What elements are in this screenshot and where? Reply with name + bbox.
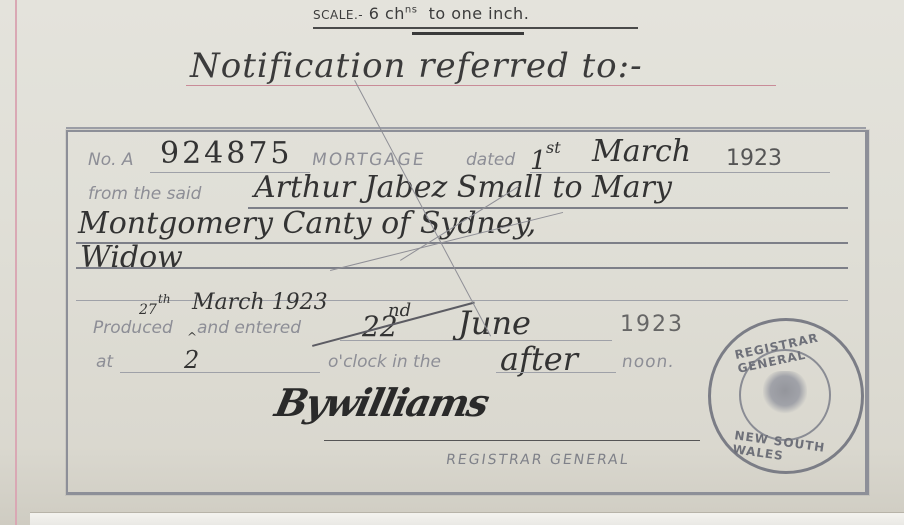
oclock-label: o'clock in the <box>328 352 441 372</box>
period-rule <box>496 372 616 373</box>
signature-rule <box>324 440 700 441</box>
scale-suffix: to one inch. <box>429 4 530 23</box>
no-label: No. A <box>88 150 134 170</box>
scale-value: 6 ch <box>369 4 405 23</box>
insertion-caret: ^ <box>187 330 197 344</box>
parties-rule-3 <box>76 267 848 269</box>
hour-rule <box>120 372 320 373</box>
noon-label: noon. <box>621 352 677 372</box>
entered-day-sup: nd <box>388 300 411 321</box>
inserted-date: March 1923 <box>192 290 328 315</box>
dated-month: March <box>592 134 691 169</box>
inserted-day-sup: th <box>158 292 171 306</box>
hour-value: 2 <box>184 346 199 374</box>
document-type: MORTGAGE <box>311 150 427 170</box>
coat-of-arms-icon <box>763 371 807 415</box>
margin-rule <box>15 0 17 525</box>
dated-label: dated <box>466 150 515 170</box>
signatory-title: REGISTRAR GENERAL <box>445 452 631 468</box>
parties-rule-2 <box>76 242 848 244</box>
scale-note: SCALE.- 6 chns to one inch. <box>313 4 529 23</box>
parties-line-3: Widow <box>80 240 183 275</box>
entered-month: June <box>458 304 531 342</box>
scale-prefix: SCALE.- <box>313 8 363 22</box>
registrar-general-seal: REGISTRAR GENERAL NEW SOUTH WALES <box>708 318 864 474</box>
from-label: from the said <box>88 184 201 204</box>
page-edge <box>30 512 904 525</box>
scale-sup: ns <box>405 5 418 16</box>
entered-year: 1923 <box>620 312 684 337</box>
dated-year: 1923 <box>726 146 782 171</box>
registrar-signature: Bywilliams <box>271 380 491 425</box>
entered-label: and entered <box>197 318 301 338</box>
produced-label: Produced <box>93 318 173 338</box>
dated-day-sup: st <box>546 138 561 157</box>
page-title: Notification referred to:- <box>190 46 643 86</box>
scale-underline <box>313 27 638 29</box>
box-top-border <box>66 127 866 129</box>
scale-double-underline <box>412 32 524 35</box>
inserted-day: 27 <box>139 302 157 318</box>
title-underline <box>186 85 776 86</box>
at-label: at <box>96 352 113 372</box>
parties-line-1: Arthur Jabez Small to Mary <box>254 170 672 205</box>
instrument-number: 924875 <box>160 136 293 171</box>
